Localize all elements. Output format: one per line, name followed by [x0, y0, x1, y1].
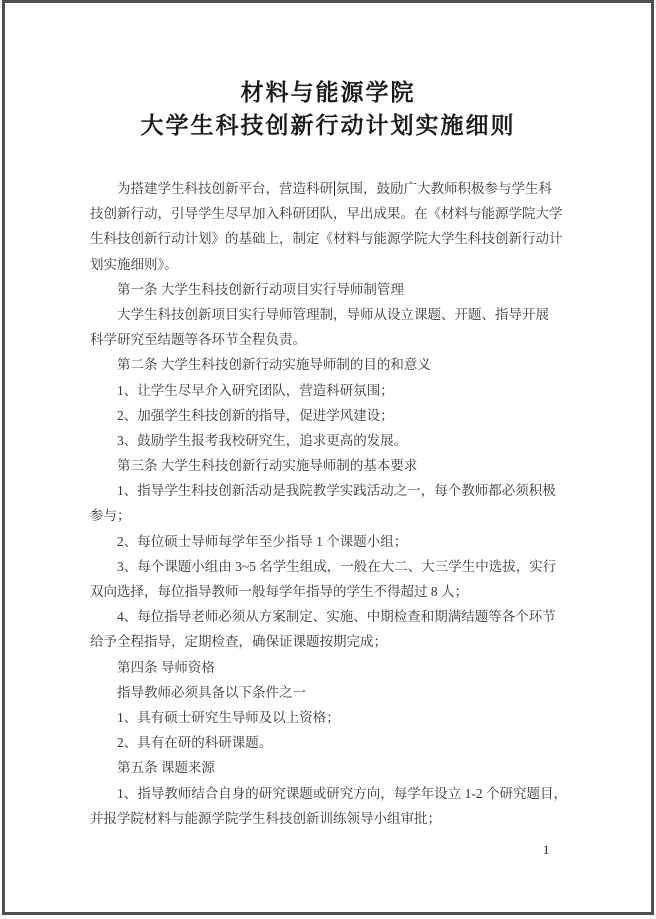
document-line[interactable]: 为搭建学生科技创新平台，营造科研氛围，鼓励广大教师积极参与学生科 — [90, 176, 576, 201]
document-line[interactable]: 第一条 大学生科技创新行动项目实行导师制管理 — [90, 277, 576, 302]
document-line[interactable]: 1、指导教师结合自身的研究课题或研究方向，每学年设立 1-2 个研究题目， — [90, 781, 576, 806]
document-line[interactable]: 参与； — [90, 503, 576, 528]
document-line[interactable]: 技创新行动，引导学生尽早加入科研团队，早出成果。在《材料与能源学院大学 — [90, 201, 576, 226]
document-line[interactable]: 第二条 大学生科技创新行动实施导师制的目的和意义 — [90, 352, 576, 377]
document-line[interactable]: 1、让学生尽早介入研究团队，营造科研氛围； — [90, 378, 576, 403]
document-line[interactable]: 划实施细则》。 — [90, 252, 576, 277]
document-line[interactable]: 指导教师必须具备以下条件之一 — [90, 680, 576, 705]
page-number: 1 — [543, 842, 559, 858]
document-line[interactable]: 3、鼓励学生报考我校研究生，追求更高的发展。 — [90, 428, 576, 453]
document-line[interactable]: 2、每位硕士导师每学年至少指导 1 个课题小组； — [90, 529, 576, 554]
document-line[interactable]: 科学研究至结题等各环节全程负责。 — [90, 327, 576, 352]
document-line[interactable]: 第五条 课题来源 — [90, 755, 576, 780]
document-line[interactable]: 给予全程指导，定期检查，确保证课题按期完成； — [90, 629, 576, 654]
document-line[interactable]: 生科技创新行动计划》的基础上，制定《材料与能源学院大学生科技创新行动计 — [90, 226, 576, 251]
document-line[interactable]: 2、加强学生科技创新的指导，促进学风建设； — [90, 403, 576, 428]
document-title: 材料与能源学院 大学生科技创新行动计划实施细则 — [0, 76, 656, 142]
document-line[interactable]: 第三条 大学生科技创新行动实施导师制的基本要求 — [90, 453, 576, 478]
document-line[interactable]: 1、指导学生科技创新活动是我院教学实践活动之一，每个教师都必须积极 — [90, 478, 576, 503]
document-line[interactable]: 大学生科技创新项目实行导师管理制，导师从设立课题、开题、指导开展 — [90, 302, 576, 327]
title-line[interactable]: 大学生科技创新行动计划实施细则 — [0, 109, 656, 142]
document-line[interactable]: 1、具有硕士研究生导师及以上资格； — [90, 705, 576, 730]
document-body[interactable]: 为搭建学生科技创新平台，营造科研氛围，鼓励广大教师积极参与学生科技创新行动，引导… — [90, 176, 576, 831]
document-line[interactable]: 双向选择，每位指导教师一般每学年指导的学生不得超过 8 人； — [90, 579, 576, 604]
text-cursor — [334, 181, 335, 196]
line-text: 氛围，鼓励广大教师积极参与学生科 — [336, 181, 552, 196]
document-line[interactable]: 第四条 导师资格 — [90, 655, 576, 680]
document-line[interactable]: 3、每个课题小组由 3~5 名学生组成，一般在大二、大三学生中选拔，实行 — [90, 554, 576, 579]
title-line[interactable]: 材料与能源学院 — [0, 76, 656, 109]
document-line[interactable]: 并报学院材料与能源学院学生科技创新训练领导小组审批； — [90, 806, 576, 831]
document-line[interactable]: 4、每位指导老师必须从方案制定、实施、中期检查和期满结题等各个环节 — [90, 604, 576, 629]
line-text: 为搭建学生科技创新平台，营造科研 — [117, 181, 333, 196]
document-line[interactable]: 2、具有在研的科研课题。 — [90, 730, 576, 755]
